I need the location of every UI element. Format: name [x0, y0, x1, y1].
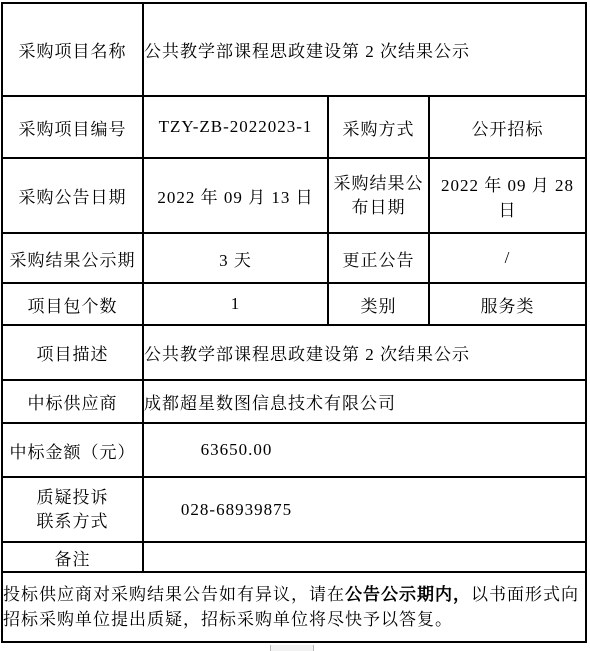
cell-project-name-label: 采购项目名称	[2, 3, 143, 96]
cell-method-value: 公开招标	[429, 96, 586, 158]
cell-method-label: 采购方式	[328, 96, 429, 158]
table-row: 采购项目名称 公共教学部课程思政建设第 2 次结果公示	[2, 3, 586, 96]
cell-description-label: 项目描述	[2, 325, 143, 380]
cell-contact-value: 028-68939875	[143, 477, 586, 542]
cell-project-number-value: TZY-ZB-2022023-1	[143, 96, 328, 158]
cell-publicity-period-label: 采购结果公示期	[2, 233, 143, 283]
contact-phone-text: 028-68939875	[144, 500, 329, 520]
table-row: 投标供应商对采购结果公告如有异议，请在公告公示期内，以书面形式向招标采购单位提出…	[2, 572, 586, 642]
cell-description-value: 公共教学部课程思政建设第 2 次结果公示	[143, 325, 586, 380]
cell-package-count-value: 1	[143, 283, 328, 325]
cell-result-date-value: 2022 年 09 月 28 日	[429, 158, 586, 233]
table-row: 项目包个数 1 类别 服务类	[2, 283, 586, 325]
table-row: 采购公告日期 2022 年 09 月 13 日 采购结果公 布日期 2022 年…	[2, 158, 586, 233]
table-row: 采购结果公示期 3 天 更正公告 /	[2, 233, 586, 283]
cell-category-value: 服务类	[429, 283, 586, 325]
table-row: 中标金额（元） 63650.00	[2, 423, 586, 477]
amount-text: 63650.00	[144, 440, 329, 460]
cell-publicity-period-value: 3 天	[143, 233, 328, 283]
cell-supplier-value: 成都超星数图信息技术有限公司	[143, 380, 586, 423]
footer-text-prefix: 投标供应商对采购结果公告如有异议，请在	[3, 585, 345, 604]
footer-note: 投标供应商对采购结果公告如有异议，请在公告公示期内，以书面形式向招标采购单位提出…	[2, 572, 586, 642]
cell-result-date-label: 采购结果公 布日期	[328, 158, 429, 233]
cell-correction-label: 更正公告	[328, 233, 429, 283]
cell-remarks-value	[143, 542, 586, 572]
cell-project-number-label: 采购项目编号	[2, 96, 143, 158]
table-row: 质疑投诉 联系方式 028-68939875	[2, 477, 586, 542]
cell-category-label: 类别	[328, 283, 429, 325]
cell-project-name-value: 公共教学部课程思政建设第 2 次结果公示	[143, 3, 586, 96]
cell-remarks-label: 备注	[2, 542, 143, 572]
cell-contact-label: 质疑投诉 联系方式	[2, 477, 143, 542]
table-row: 中标供应商 成都超星数图信息技术有限公司	[2, 380, 586, 423]
cell-announce-date-value: 2022 年 09 月 13 日	[143, 158, 328, 233]
cell-announce-date-label: 采购公告日期	[2, 158, 143, 233]
horizontal-scrollbar-thumb[interactable]	[270, 645, 314, 651]
table-row: 备注	[2, 542, 586, 572]
table-row: 项目描述 公共教学部课程思政建设第 2 次结果公示	[2, 325, 586, 380]
procurement-result-table: 采购项目名称 公共教学部课程思政建设第 2 次结果公示 采购项目编号 TZY-Z…	[1, 2, 587, 643]
table-row: 采购项目编号 TZY-ZB-2022023-1 采购方式 公开招标	[2, 96, 586, 158]
footer-text-bold: 公告公示期内，	[345, 585, 471, 604]
cell-amount-label: 中标金额（元）	[2, 423, 143, 477]
cell-amount-value: 63650.00	[143, 423, 586, 477]
cell-package-count-label: 项目包个数	[2, 283, 143, 325]
cell-correction-value: /	[429, 233, 586, 283]
cell-supplier-label: 中标供应商	[2, 380, 143, 423]
